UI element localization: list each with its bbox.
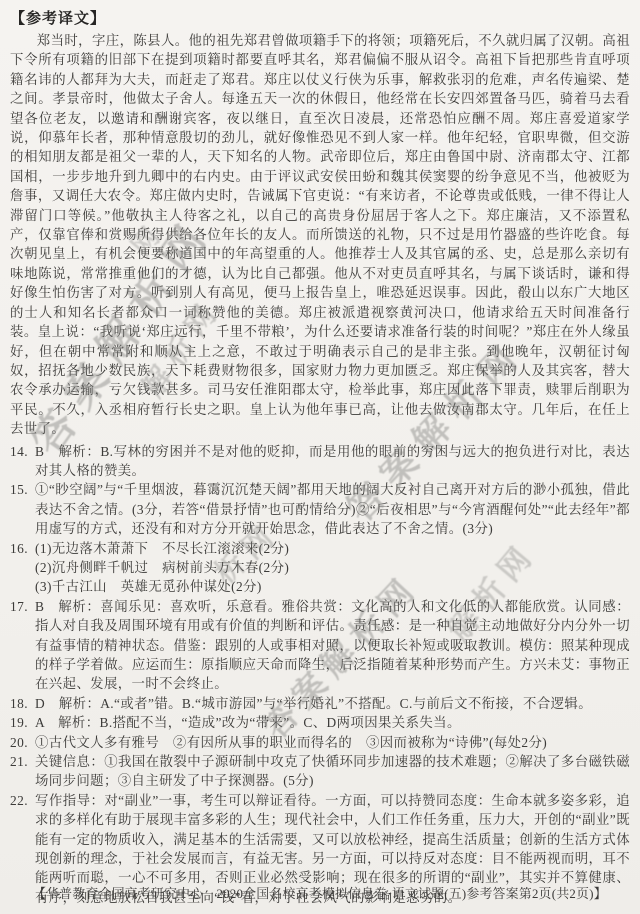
- answer-number: 14.: [10, 442, 28, 461]
- answer-text-line: (2)沉舟侧畔千帆过 病树前头万木春(2分): [35, 558, 630, 577]
- answer-text: A 解析：B.搭配不当，“造成”改为“带来”。C、D两项因果关系失当。: [35, 715, 461, 730]
- answer-text: ①古代文人多有雅号 ②有因所从事的职业而得名的 ③因而被称为“诗佛”(每处2分): [35, 735, 547, 750]
- answer-item-14: 14. B 解析：B.写林的穷困并不是对他的贬抑，而是用他的眼前的穷困与远大的抱…: [10, 442, 630, 481]
- answer-text: D 解析：A.“或者”错。B.“城市游园”与“举行婚礼”不搭配。C.与前后文不衔…: [35, 696, 592, 711]
- answer-item-16: 16. (1)无边落木萧萧下 不尽长江滚滚来(2分) (2)沉舟侧畔千帆过 病树…: [10, 539, 630, 597]
- scanned-answer-page: 【参考译文】 郑当时，字庄，陈县人。他的祖先郑君曾做项籍手下的将领；项籍死后，不…: [0, 0, 640, 914]
- answer-text-line: (1)无边落木萧萧下 不尽长江滚滚来(2分): [35, 539, 630, 558]
- page-title: 【参考译文】: [10, 7, 630, 28]
- answer-number: 17.: [10, 597, 28, 616]
- answer-number: 20.: [10, 733, 28, 752]
- translation-paragraph: 郑当时，字庄，陈县人。他的祖先郑君曾做项籍手下的将领；项籍死后，不久就归属了汉朝…: [10, 31, 630, 439]
- answer-text: ①“眇空阔”与“千里烟波，暮霭沉沉楚天阔”都用天地的阔大反衬自己离开对方后的渺小…: [35, 482, 630, 536]
- answer-text: B 解析：B.写林的穷困并不是对他的贬抑，而是用他的眼前的穷困与远大的抱负进行对…: [35, 444, 630, 478]
- footer-caption: 【华普教育全国高考研究中心 2020全国名校高考模拟信息卷·语文试题(五)参考答…: [0, 883, 640, 902]
- answer-text: B 解析：喜闻乐见：喜欢听，乐意看。雅俗共赏：文化高的人和文化低的人都能欣赏。认…: [35, 599, 630, 692]
- answer-item-17: 17. B 解析：喜闻乐见：喜欢听，乐意看。雅俗共赏：文化高的人和文化低的人都能…: [10, 597, 630, 694]
- answer-list: 14. B 解析：B.写林的穷困并不是对他的贬抑，而是用他的眼前的穷困与远大的抱…: [10, 442, 630, 908]
- answer-item-15: 15. ①“眇空阔”与“千里烟波，暮霭沉沉楚天阔”都用天地的阔大反衬自己离开对方…: [10, 480, 630, 538]
- answer-number: 15.: [10, 480, 28, 499]
- answer-item-18: 18. D 解析：A.“或者”错。B.“城市游园”与“举行婚礼”不搭配。C.与前…: [10, 694, 630, 713]
- answer-text: 关键信息：①我国在散裂中子源研制中攻克了快循环同步加速器的技术难题；②解决了多台…: [35, 754, 630, 788]
- answer-text-line: (3)千古江山 英雄无觅孙仲谋处(2分): [35, 577, 630, 596]
- answer-number: 22.: [10, 791, 28, 810]
- answer-number: 18.: [10, 694, 28, 713]
- answer-number: 19.: [10, 713, 28, 732]
- answer-number: 16.: [10, 539, 28, 558]
- answer-item-21: 21. 关键信息：①我国在散裂中子源研制中攻克了快循环同步加速器的技术难题；②解…: [10, 752, 630, 791]
- answer-number: 21.: [10, 752, 28, 771]
- answer-item-19: 19. A 解析：B.搭配不当，“造成”改为“带来”。C、D两项因果关系失当。: [10, 713, 630, 732]
- answer-item-20: 20. ①古代文人多有雅号 ②有因所从事的职业而得名的 ③因而被称为“诗佛”(每…: [10, 733, 630, 752]
